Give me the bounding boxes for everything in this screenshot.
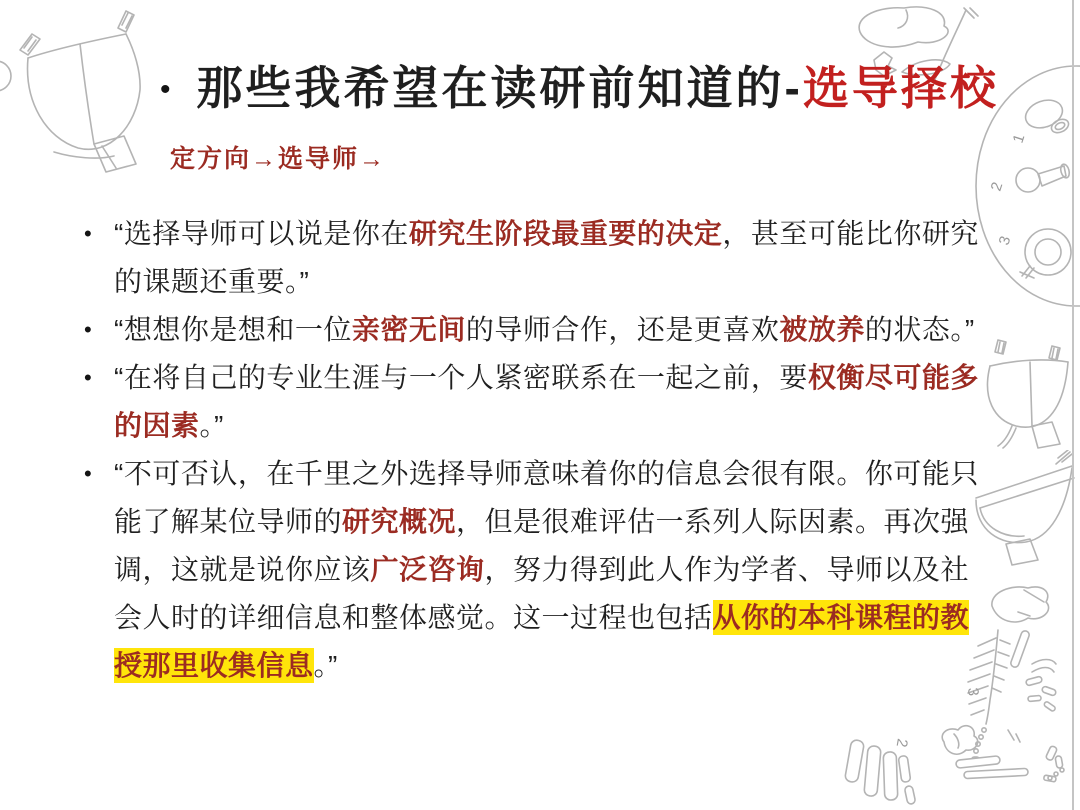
quote-text: “想想你是想和一位亲密无间的导师合作，还是更喜欢被放养的状态。” [114,306,990,354]
edge-circle-sketch [0,56,18,96]
quote-segment-normal: “想想你是想和一位 [114,314,352,345]
quote-list: • “选择导师可以说是你在研究生阶段最重要的决定，甚至可能比你研究的课题还重要。… [84,210,990,690]
quote-segment-red: 亲密无间 [352,314,466,345]
title-main-text: 那些我希望在读研前知道的- [197,62,803,114]
bullet-icon: • [84,306,114,354]
bullet-icon: • [84,210,114,258]
plate-label-2: 2 [988,180,1007,193]
quote-segment-normal: “选择导师可以说是你在 [114,218,409,249]
presentation-slide: 1 2 3 [0,0,1080,810]
quote-text: “选择导师可以说是你在研究生阶段最重要的决定，甚至可能比你研究的课题还重要。” [114,210,990,306]
page-title: 那些我希望在读研前知道的-选导择校 [197,52,999,118]
slide-right-border [1072,0,1074,810]
quote-text: “不可否认，在千里之外选择导师意味着你的信息会很有限。你可能只能了解某位导师的研… [114,450,990,690]
quote-segment-red: 广泛咨询 [371,554,485,585]
quote-segment-normal: 。” [314,650,338,681]
quote-item: • “不可否认，在千里之外选择导师意味着你的信息会很有限。你可能只能了解某位导师… [84,450,990,690]
plate-label-1: 1 [1010,132,1029,145]
quote-segment-normal: “在将自己的专业生涯与一个人紧密联系在一起之前，要 [114,362,808,393]
quote-item: • “想想你是想和一位亲密无间的导师合作，还是更喜欢被放养的状态。” [84,306,990,354]
title-accent-text: 选导择校 [803,62,999,114]
quote-segment-red: 被放养 [779,314,865,345]
quote-item: • “选择导师可以说是你在研究生阶段最重要的决定，甚至可能比你研究的课题还重要。… [84,210,990,306]
bullet-icon: • [84,354,114,402]
slide-header: • 那些我希望在读研前知道的-选导择校 [160,52,999,118]
title-bullet-icon: • [160,73,171,107]
quote-segment-red: 研究生阶段最重要的决定 [409,218,723,249]
bullet-icon: • [84,450,114,498]
hand-bones-sketch: 2 [836,726,936,810]
quote-text: “在将自己的专业生涯与一个人紧密联系在一起之前，要权衡尽可能多的因素。” [114,354,990,450]
cauldron-sketch [14,6,166,174]
hand-bones-label: 2 [893,737,911,748]
quote-segment-normal: 的导师合作，还是更喜欢 [466,314,780,345]
quote-segment-red: 研究概况 [342,506,456,537]
quote-segment-normal: 的状态。” [865,314,975,345]
quote-item: • “在将自己的专业生涯与一个人紧密联系在一起之前，要权衡尽可能多的因素。” [84,354,990,450]
subtitle-flow-text: 定方向→选导师→ [170,139,386,175]
pot-sketch [976,336,1080,462]
plate-label-3: 3 [996,234,1015,247]
quote-segment-normal: 。” [200,410,224,441]
